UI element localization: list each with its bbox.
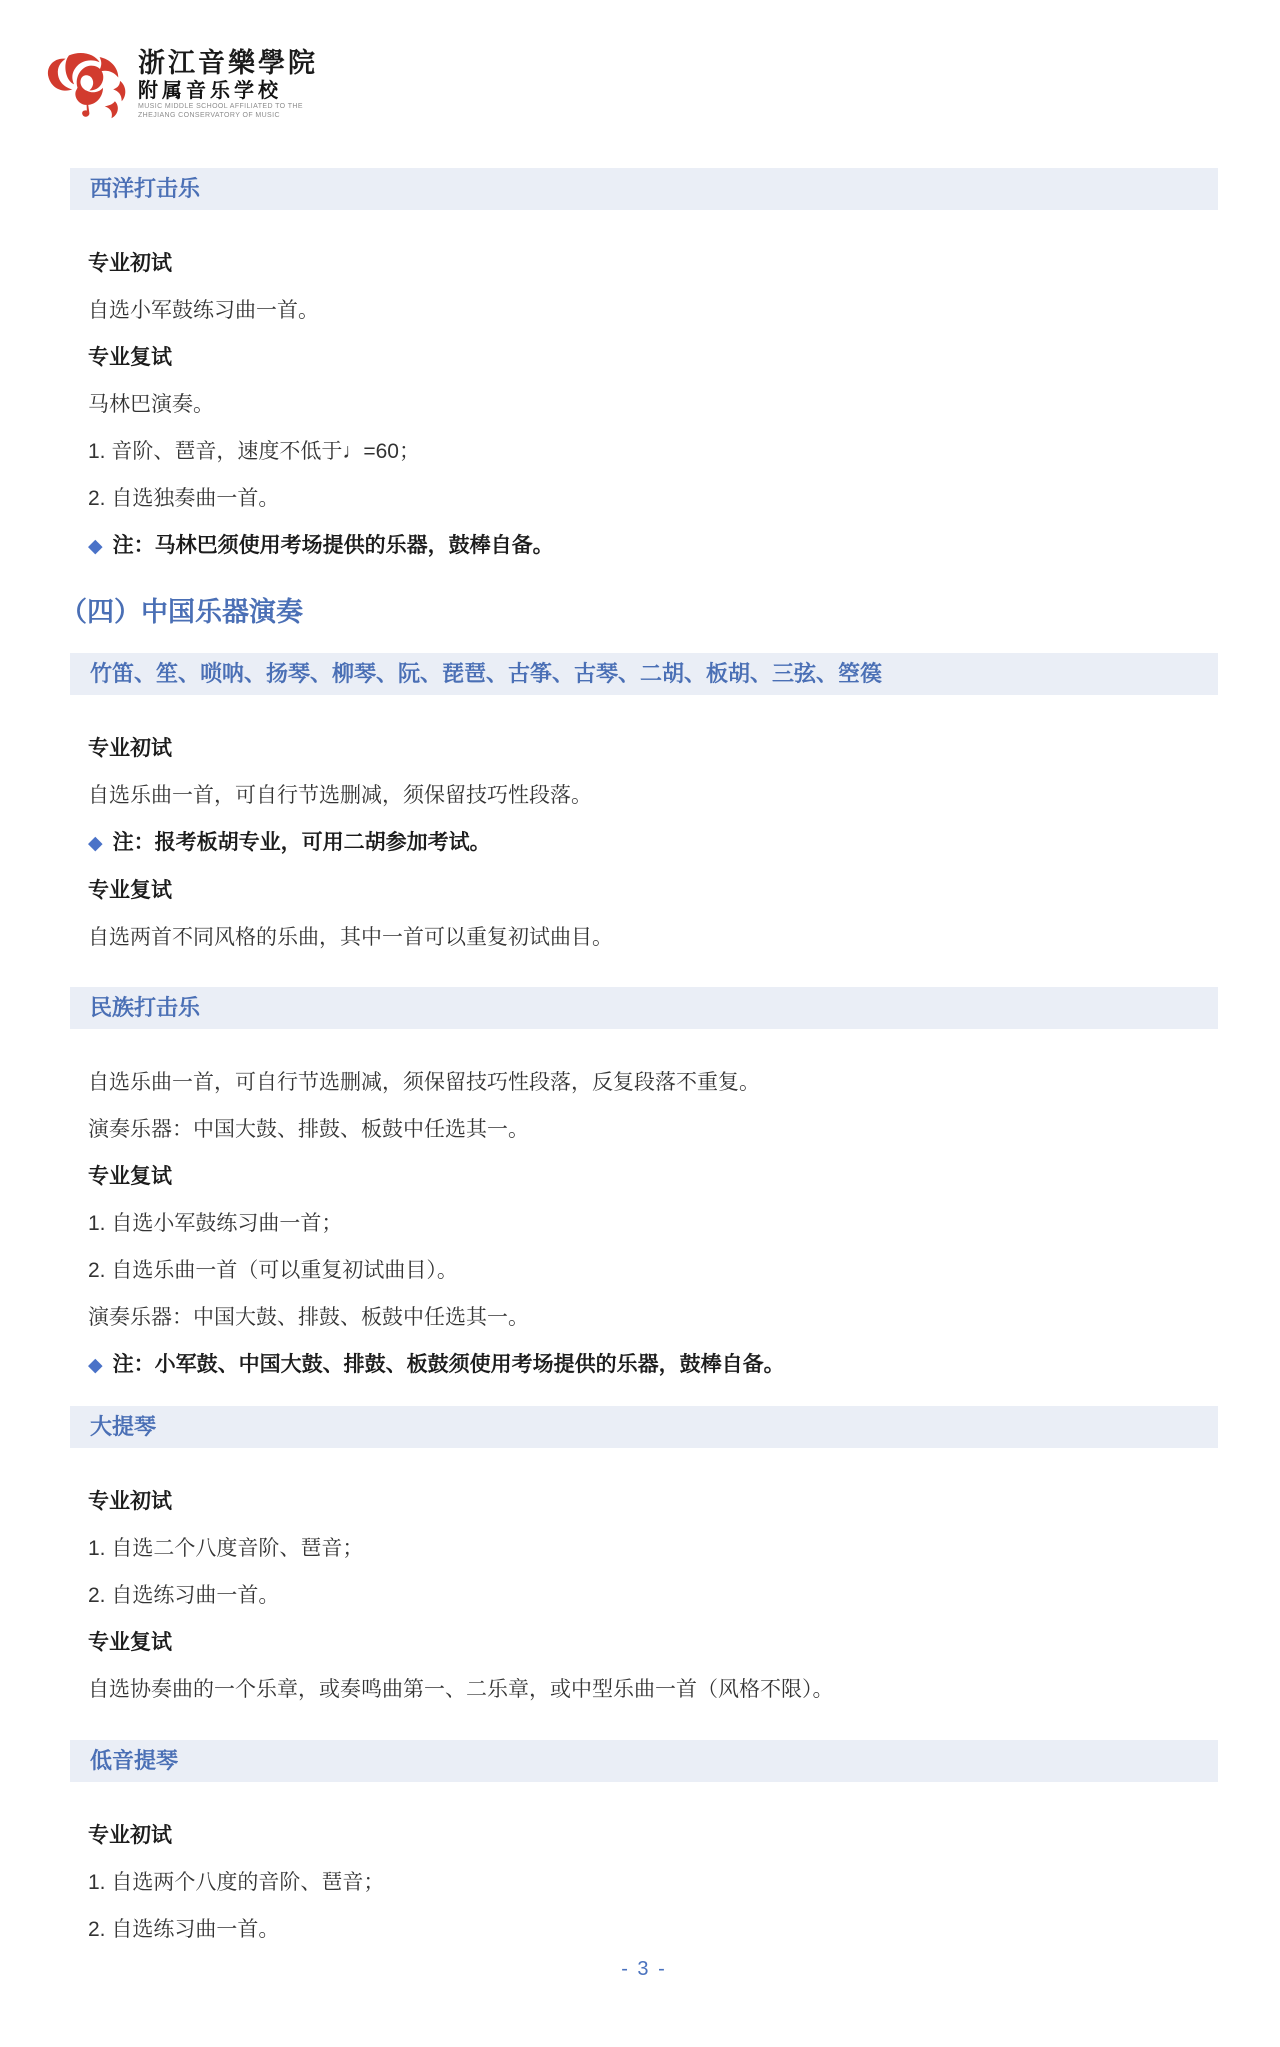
requirement-text: 2. 自选独奏曲一首。 [88,475,1218,522]
requirement-text: 自选乐曲一首，可自行节选删减，须保留技巧性段落，反复段落不重复。 [88,1059,1218,1106]
section-bar-cello: 大提琴 [70,1406,1218,1448]
requirement-text: 1. 音阶、琶音，速度不低于♩=60； [88,428,1218,475]
requirement-text: 1. 自选小军鼓练习曲一首； [88,1200,1218,1247]
note-text: 注：小军鼓、中国大鼓、排鼓、板鼓须使用考场提供的乐器，鼓棒自备。 [113,1353,785,1376]
phoenix-logo-icon [42,52,130,120]
section-body-western-percussion: 专业初试 自选小军鼓练习曲一首。 专业复试 马林巴演奏。 1. 音阶、琶音，速度… [70,210,1218,578]
requirement-text: 自选乐曲一首，可自行节选删减，须保留技巧性段落。 [88,772,1218,819]
requirement-text: 1. 自选两个八度的音阶、琶音； [88,1859,1218,1906]
exam-stage-label: 专业初试 [88,240,1218,287]
note-line: ◆注：马林巴须使用考场提供的乐器，鼓棒自备。 [88,522,1218,570]
logo-english-line2: ZHEJIANG CONSERVATORY OF MUSIC [138,112,318,120]
requirement-text: 自选协奏曲的一个乐章，或奏鸣曲第一、二乐章，或中型乐曲一首（风格不限）。 [88,1666,1218,1713]
section-body-double-bass: 专业初试 1. 自选两个八度的音阶、琶音； 2. 自选练习曲一首。 [70,1782,1218,1961]
document-page: 浙江音樂學院 附属音乐学校 MUSIC MIDDLE SCHOOL AFFILI… [0,0,1280,2047]
logo-subtitle-chinese: 附属音乐学校 [138,80,318,102]
note-diamond-icon: ◆ [88,833,103,854]
section-bar-double-bass: 低音提琴 [70,1740,1218,1782]
requirement-text: 演奏乐器：中国大鼓、排鼓、板鼓中任选其一。 [88,1294,1218,1341]
section-bar-folk-percussion: 民族打击乐 [70,987,1218,1029]
section-body-cello: 专业初试 1. 自选二个八度音阶、琶音； 2. 自选练习曲一首。 专业复试 自选… [70,1448,1218,1721]
page-number: - 3 - [70,1957,1218,1981]
exam-stage-label: 专业初试 [88,1812,1218,1859]
exam-stage-label: 专业复试 [88,1619,1218,1666]
requirement-text: 2. 自选练习曲一首。 [88,1572,1218,1619]
logo-title-calligraphy: 浙江音樂學院 [138,48,318,78]
requirement-text: 2. 自选练习曲一首。 [88,1906,1218,1953]
requirement-text: 演奏乐器：中国大鼓、排鼓、板鼓中任选其一。 [88,1106,1218,1153]
logo-english-line1: MUSIC MIDDLE SCHOOL AFFILIATED TO THE [138,103,318,111]
exam-stage-label: 专业初试 [88,1478,1218,1525]
requirement-text: 自选小军鼓练习曲一首。 [88,287,1218,334]
note-diamond-icon: ◆ [88,536,103,557]
note-line: ◆注：小军鼓、中国大鼓、排鼓、板鼓须使用考场提供的乐器，鼓棒自备。 [88,1341,1218,1389]
requirement-text: 自选两首不同风格的乐曲，其中一首可以重复初试曲目。 [88,914,1218,961]
exam-stage-label: 专业复试 [88,1153,1218,1200]
requirement-text: 1. 自选二个八度音阶、琶音； [88,1525,1218,1572]
section-body-chinese-instruments: 专业初试 自选乐曲一首，可自行节选删减，须保留技巧性段落。 ◆注：报考板胡专业，… [70,695,1218,969]
section-body-folk-percussion: 自选乐曲一首，可自行节选删减，须保留技巧性段落，反复段落不重复。 演奏乐器：中国… [70,1029,1218,1397]
exam-stage-label: 专业初试 [88,725,1218,772]
document-content: 西洋打击乐 专业初试 自选小军鼓练习曲一首。 专业复试 马林巴演奏。 1. 音阶… [70,0,1218,1981]
note-diamond-icon: ◆ [88,1355,103,1376]
section-bar-western-percussion: 西洋打击乐 [70,168,1218,210]
requirement-text: 2. 自选乐曲一首（可以重复初试曲目）。 [88,1247,1218,1294]
note-text: 注：马林巴须使用考场提供的乐器，鼓棒自备。 [113,534,554,557]
requirement-text: 马林巴演奏。 [88,381,1218,428]
note-text: 注：报考板胡专业，可用二胡参加考试。 [113,831,491,854]
school-logo: 浙江音樂學院 附属音乐学校 MUSIC MIDDLE SCHOOL AFFILI… [42,48,318,120]
section-bar-chinese-instruments: 竹笛、笙、唢呐、扬琴、柳琴、阮、琵琶、古筝、古琴、二胡、板胡、三弦、箜篌 [70,653,1218,695]
note-line: ◆注：报考板胡专业，可用二胡参加考试。 [88,819,1218,867]
exam-stage-label: 专业复试 [88,867,1218,914]
heading-chinese-instruments: （四）中国乐器演奏 [70,592,1218,632]
exam-stage-label: 专业复试 [88,334,1218,381]
logo-text-block: 浙江音樂學院 附属音乐学校 MUSIC MIDDLE SCHOOL AFFILI… [138,48,318,120]
